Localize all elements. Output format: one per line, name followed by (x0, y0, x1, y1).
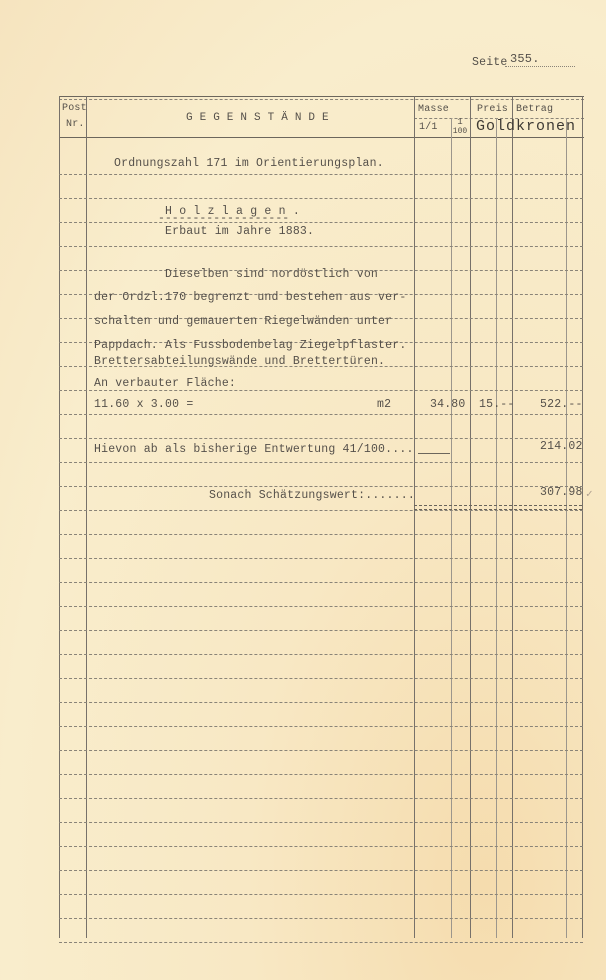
col-border-masse-sub (451, 118, 452, 938)
depreciation-dash (418, 453, 450, 454)
page-number: 355. (510, 52, 540, 66)
ruled-row-line (59, 702, 583, 703)
col-border-preis-sub (496, 118, 497, 938)
header-masse-frac-num: 1 (452, 118, 468, 127)
entry-built: Erbaut im Jahre 1883. (165, 225, 314, 238)
entry-desc-5: Brettersabteilungswände und Brettertüren… (94, 355, 385, 368)
entry-value-label: Sonach Schätzungswert:....... (209, 489, 415, 502)
entry-area-betrag: 522.-- (540, 398, 583, 411)
ruled-row-line (59, 174, 583, 175)
header-bottom-border (59, 137, 584, 138)
entry-area-masse: 34.80 (430, 398, 466, 411)
ruled-row-line (59, 630, 583, 631)
header-post: Post (62, 103, 87, 114)
ruled-row-line (59, 798, 583, 799)
ruled-row-line (59, 486, 583, 487)
table-top-border (59, 96, 584, 97)
ruled-row-line (59, 846, 583, 847)
header-preis: Preis (477, 104, 508, 115)
ruled-row-line (59, 438, 583, 439)
ruled-row-line (59, 462, 583, 463)
entry-depreciation-betrag: 214.02 (540, 440, 583, 453)
ruled-row-line (59, 222, 583, 223)
entry-value-betrag: 307.98 (540, 486, 583, 499)
ruled-row-line (59, 246, 583, 247)
entry-area-calc: 11.60 x 3.00 = (94, 398, 193, 411)
ruled-row-line (59, 606, 583, 607)
header-nr: Nr. (66, 119, 85, 130)
ruled-row-line (59, 894, 583, 895)
entry-title-underline: ------------------- (158, 212, 289, 225)
header-masse-full: 1/1 (419, 122, 438, 133)
ruled-row-line (59, 774, 583, 775)
seite-label: Seite (472, 56, 508, 69)
ruled-row-line (59, 918, 583, 919)
entry-area-preis: 15.-- (479, 398, 515, 411)
entry-desc-2: der Ordzl.170 begrenzt und bestehen aus … (94, 291, 406, 304)
entry-desc-1: Dieselben sind nordöstlich von (165, 268, 378, 281)
ruled-row-line (59, 582, 583, 583)
entry-depreciation-label: Hievon ab als bisherige Entwertung 41/10… (94, 443, 414, 456)
ruled-row-line (59, 678, 583, 679)
ledger-page: Seite 355. Post Nr. G E G E N S T Ä N D … (0, 0, 606, 980)
ruled-row-line (59, 942, 583, 943)
header-betrag: Betrag (516, 104, 553, 115)
ruled-row-line (59, 870, 583, 871)
entry-area-label: An verbauter Fläche: (94, 377, 236, 390)
ruled-row-line (59, 822, 583, 823)
ruled-row-line (59, 558, 583, 559)
entry-area-unit: m2 (377, 398, 391, 411)
table-top-border-2 (59, 99, 584, 100)
col-border-betrag-sub (566, 118, 567, 938)
ruled-row-line (59, 750, 583, 751)
ruled-row-line (59, 510, 583, 511)
header-masse: Masse (418, 104, 449, 115)
header-masse-frac-den: 100 (452, 127, 468, 136)
ruled-row-line (59, 390, 583, 391)
ruled-row-line (59, 726, 583, 727)
ruled-row-line (59, 414, 583, 415)
seite-underline (505, 66, 575, 67)
header-gegenstaende: G E G E N S T Ä N D E (186, 112, 329, 124)
header-currency: Goldkronen (476, 118, 576, 135)
check-mark-icon: ✓ (586, 487, 593, 501)
ruled-row-line (59, 534, 583, 535)
total-double-underline (414, 505, 582, 510)
entry-ordnungszahl: Ordnungszahl 171 im Orientierungsplan. (114, 157, 384, 170)
entry-desc-3: schalten und gemauerten Riegelwänden unt… (94, 315, 392, 328)
entry-desc-4: Pappdach. Als Fussbodenbelag Ziegelpflas… (94, 339, 406, 352)
ruled-row-line (59, 654, 583, 655)
ruled-row-line (59, 198, 583, 199)
